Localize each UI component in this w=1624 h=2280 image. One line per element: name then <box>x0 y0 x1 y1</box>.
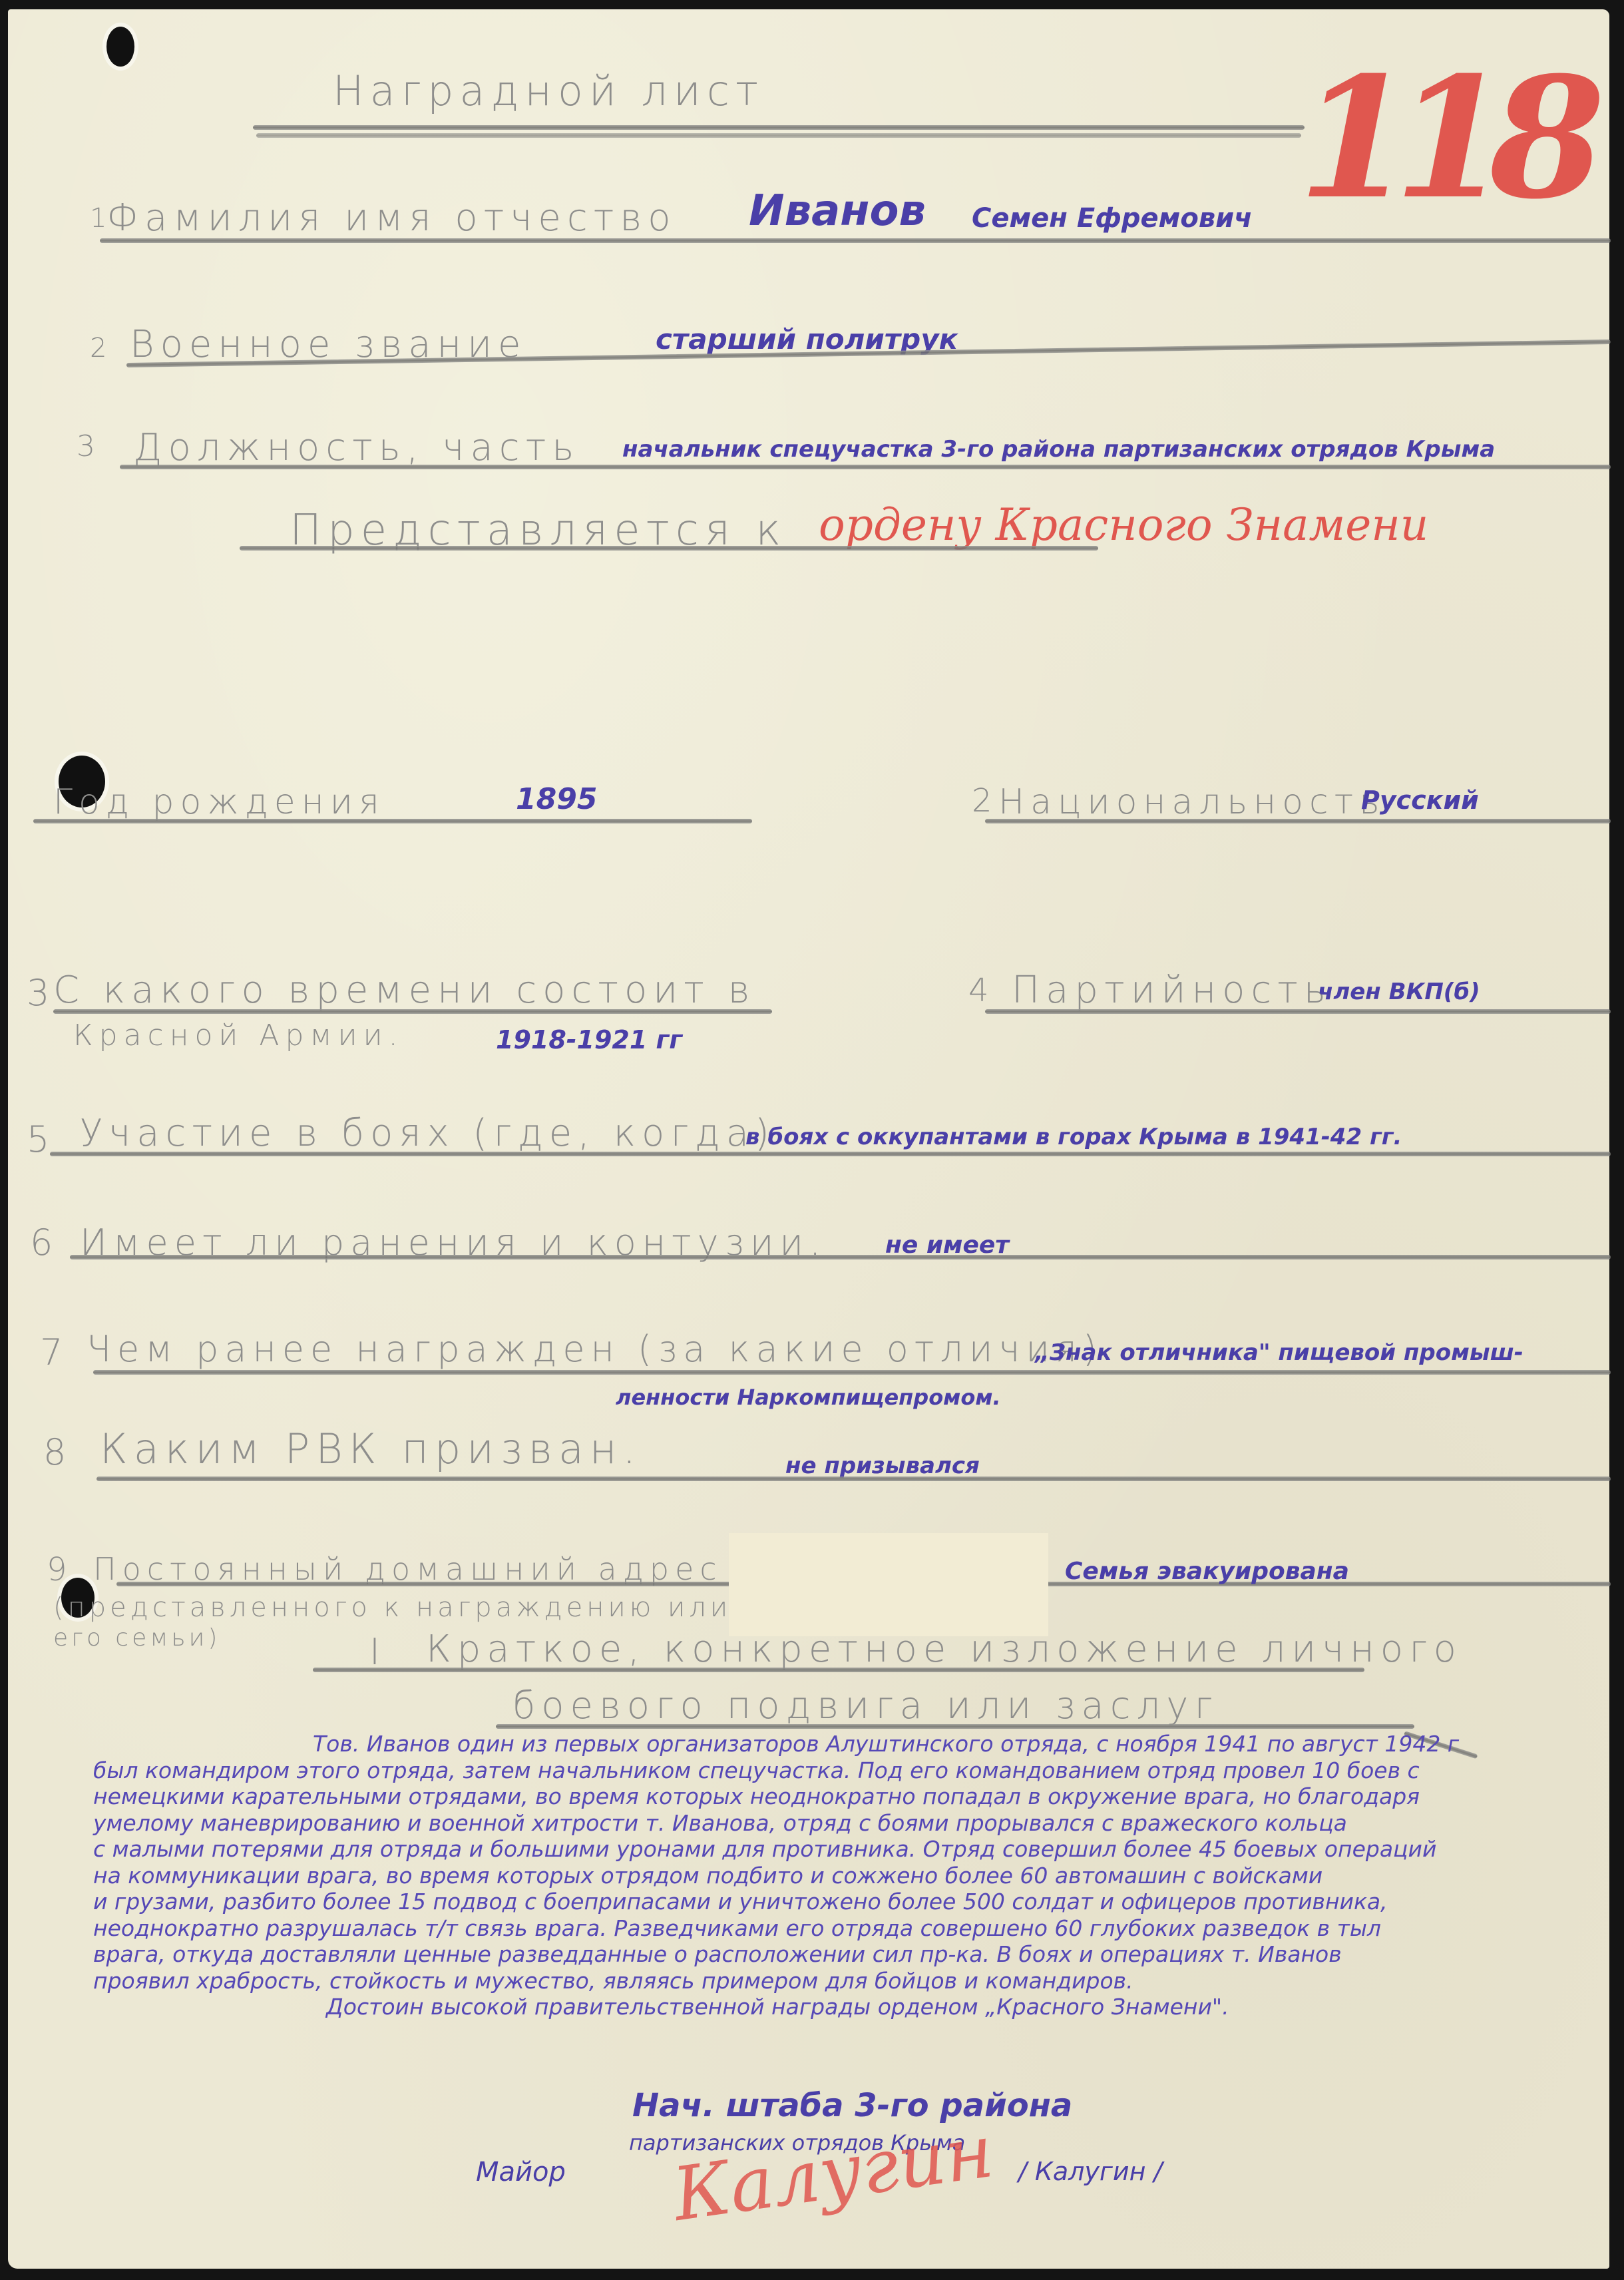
signer-title-line1: Нач. штаба 3-го района <box>632 2087 1072 2124</box>
narrative-line: на коммуникации врага, во время которых … <box>93 1863 1584 1889</box>
position-value: начальник спецучастка 3-го района партиз… <box>622 436 1495 463</box>
narrative-text: Тов. Иванов один из первых организаторов… <box>93 1731 1584 2020</box>
narrative-line: и грузами, разбито более 15 подвод с бое… <box>93 1889 1584 1915</box>
signer-name: / Калугин / <box>1018 2157 1162 2186</box>
rvk-underline <box>97 1477 1611 1481</box>
redacted-address <box>729 1533 1048 1636</box>
narrative-line: проявил храбрость, стойкость и мужество,… <box>93 1968 1584 1994</box>
name-label: Фамилия имя отчество <box>106 196 676 240</box>
red-army-value: 1918-1921 гг <box>496 1025 682 1054</box>
narrative-line: умелому маневрированию и военной хитрост… <box>93 1810 1584 1837</box>
document-title: Наградной лист <box>333 67 764 115</box>
address-value: Семья эвакуирована <box>1065 1558 1349 1585</box>
narrative-line: с малыми потерями для отряда и большими … <box>93 1836 1584 1863</box>
awards-num: 7 <box>40 1331 69 1373</box>
section-title-line2: боевого подвига или заслуг <box>512 1684 1219 1727</box>
position-underline <box>120 465 1611 469</box>
rvk-label: Каким РВК призван. <box>100 1425 642 1473</box>
birth-year-underline <box>33 819 752 823</box>
birth-year-value: 1895 <box>516 782 597 816</box>
wounds-num: 6 <box>30 1222 59 1263</box>
nationality-value: Русский <box>1361 786 1479 815</box>
party-label: Партийность <box>1012 969 1332 1012</box>
battles-underline <box>50 1152 1611 1156</box>
battles-label: Участие в боях (где, когда) <box>80 1112 775 1155</box>
red-army-label: С какого времени состоит в <box>53 969 755 1012</box>
signer-rank: Майор <box>476 2157 566 2187</box>
title-underline-2 <box>256 133 1301 138</box>
rvk-num: 8 <box>43 1431 72 1473</box>
awards-value: „Знак отличника" пищевой промыш- <box>1035 1339 1523 1366</box>
nationality-underline <box>985 819 1611 823</box>
red-army-num: 3 <box>27 972 55 1014</box>
narrative-line: неоднократно разрушалась т/т связь врага… <box>93 1915 1584 1942</box>
narrative-line: Достоин высокой правительственной наград… <box>93 1994 1584 2020</box>
narrative-line: немецкими карательными отрядами, во врем… <box>93 1783 1584 1810</box>
nationality-label: Национальность <box>998 782 1386 822</box>
name-surname: Иванов <box>749 186 926 236</box>
narrative-line: был командиром этого отряда, затем начал… <box>93 1757 1584 1784</box>
address-num: 9 <box>47 1551 73 1588</box>
section-title-underline1 <box>313 1668 1364 1672</box>
title-underline <box>253 125 1305 130</box>
name-given: Семен Ефремович <box>972 203 1253 234</box>
nominated-underline <box>240 546 1098 551</box>
case-number: 118 <box>1298 40 1585 236</box>
birth-year-label: Год рождения <box>53 782 385 822</box>
section-title-underline2 <box>496 1724 1414 1729</box>
wounds-underline <box>70 1255 1611 1259</box>
awards-underline <box>93 1370 1611 1375</box>
awards-label: Чем ранее награжден (за какие отличия) <box>87 1328 1103 1370</box>
address-label-3: его семьи) <box>53 1624 220 1652</box>
red-army-label2: Красной Армии. <box>73 1019 404 1052</box>
rank-label-num: 2 <box>90 333 112 363</box>
awards-value-2: ленности Наркомпищепромом. <box>616 1385 1001 1410</box>
punch-hole-top <box>106 27 134 67</box>
section-number: I <box>369 1631 386 1673</box>
party-underline <box>985 1009 1611 1014</box>
rvk-value: не призывался <box>785 1453 980 1479</box>
battles-value: в боях с оккупантами в горах Крыма в 194… <box>745 1124 1402 1150</box>
red-army-underline <box>53 1009 772 1014</box>
position-label: Должность, часть <box>133 426 580 469</box>
name-underline <box>100 238 1611 243</box>
narrative-line: врага, откуда доставляли ценные разведда… <box>93 1941 1584 1968</box>
address-label-2: (представленного к награждению или <box>53 1592 731 1623</box>
position-label-num: 3 <box>77 429 101 463</box>
section-title-line1: Краткое, конкретное изложение личного <box>426 1628 1462 1671</box>
nationality-label-num: 2 <box>972 782 998 819</box>
party-value: член ВКП(б) <box>1318 979 1480 1005</box>
narrative-line: Тов. Иванов один из первых организаторов… <box>93 1731 1584 1757</box>
party-num: 4 <box>968 972 995 1009</box>
nominated-award: ордену Красного Знамени <box>819 499 1428 551</box>
